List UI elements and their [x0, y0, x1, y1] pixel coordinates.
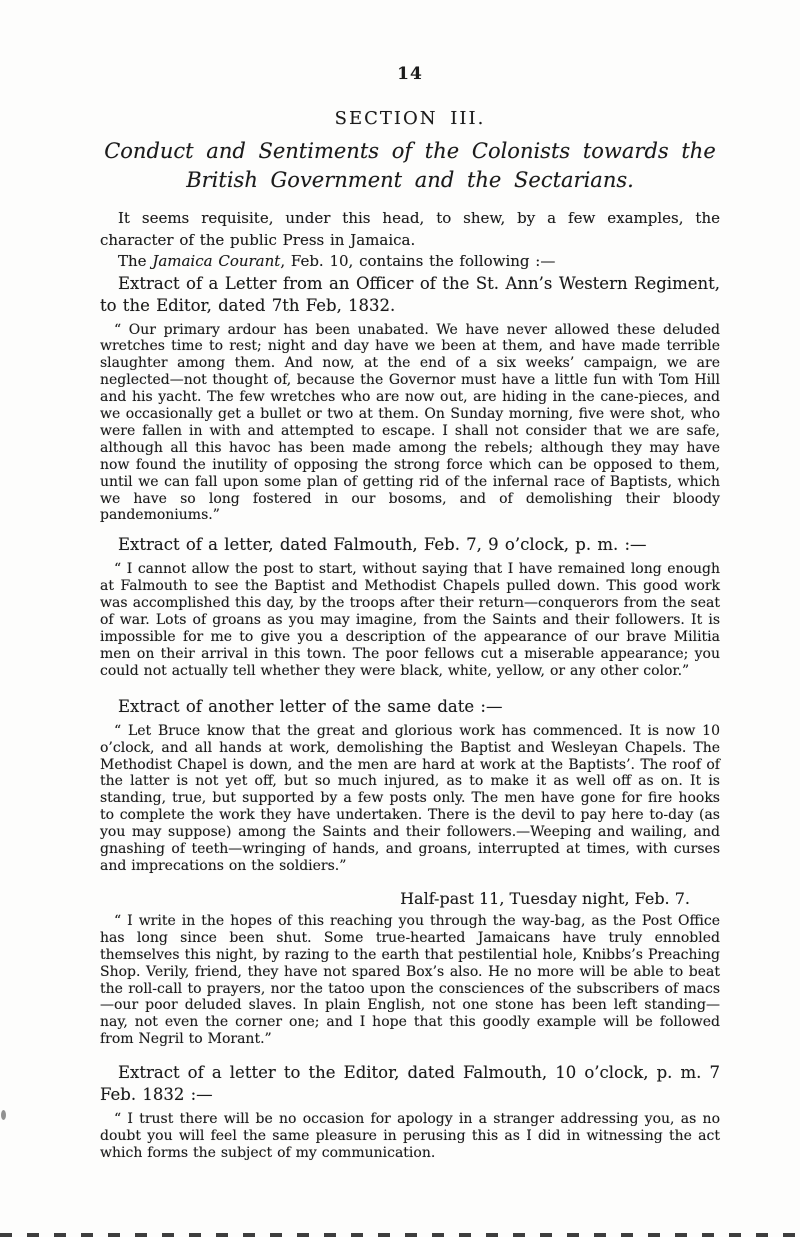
scanned-book-page: 14 SECTION III. Conduct and Sentiments o…	[0, 0, 800, 1237]
extract3-heading: Extract of another letter of the same da…	[100, 696, 720, 718]
intro-paragraph: It seems requisite, under this head, to …	[100, 208, 720, 251]
scan-ink-speck	[1, 1110, 6, 1120]
extract5-heading: Extract of a letter to the Editor, dated…	[100, 1062, 720, 1106]
letter4-quote: “ I write in the hopes of this reaching …	[100, 913, 720, 1048]
courant-text-post: , Feb. 10, contains the following :—	[280, 252, 555, 270]
text-column: 14 SECTION III. Conduct and Sentiments o…	[100, 0, 720, 1162]
scan-edge-artifact	[0, 1233, 800, 1237]
courant-text-pre: The	[118, 252, 152, 270]
extract1-heading: Extract of a Letter from an Officer of t…	[100, 273, 720, 317]
chapter-title-line2: British Government and the Sectarians.	[100, 166, 720, 195]
extract5-quote: “ I trust there will be no occasion for …	[100, 1111, 720, 1162]
extract3-quote: “ Let Bruce know that the great and glor…	[100, 723, 720, 875]
page-number: 14	[100, 64, 720, 84]
courant-title-italic: Jamaica Courant	[152, 252, 280, 270]
courant-paragraph: The Jamaica Courant, Feb. 10, contains t…	[100, 251, 720, 273]
letter-dateline: Half-past 11, Tuesday night, Feb. 7.	[100, 889, 720, 908]
extract2-heading: Extract of a letter, dated Falmouth, Feb…	[100, 534, 720, 556]
chapter-title: Conduct and Sentiments of the Colonists …	[100, 137, 720, 195]
extract1-quote: “ Our primary ardour has been unabated. …	[100, 322, 720, 525]
section-heading: SECTION III.	[100, 108, 720, 129]
extract2-quote: “ I cannot allow the post to start, with…	[100, 561, 720, 679]
chapter-title-line1: Conduct and Sentiments of the Colonists …	[100, 137, 720, 166]
